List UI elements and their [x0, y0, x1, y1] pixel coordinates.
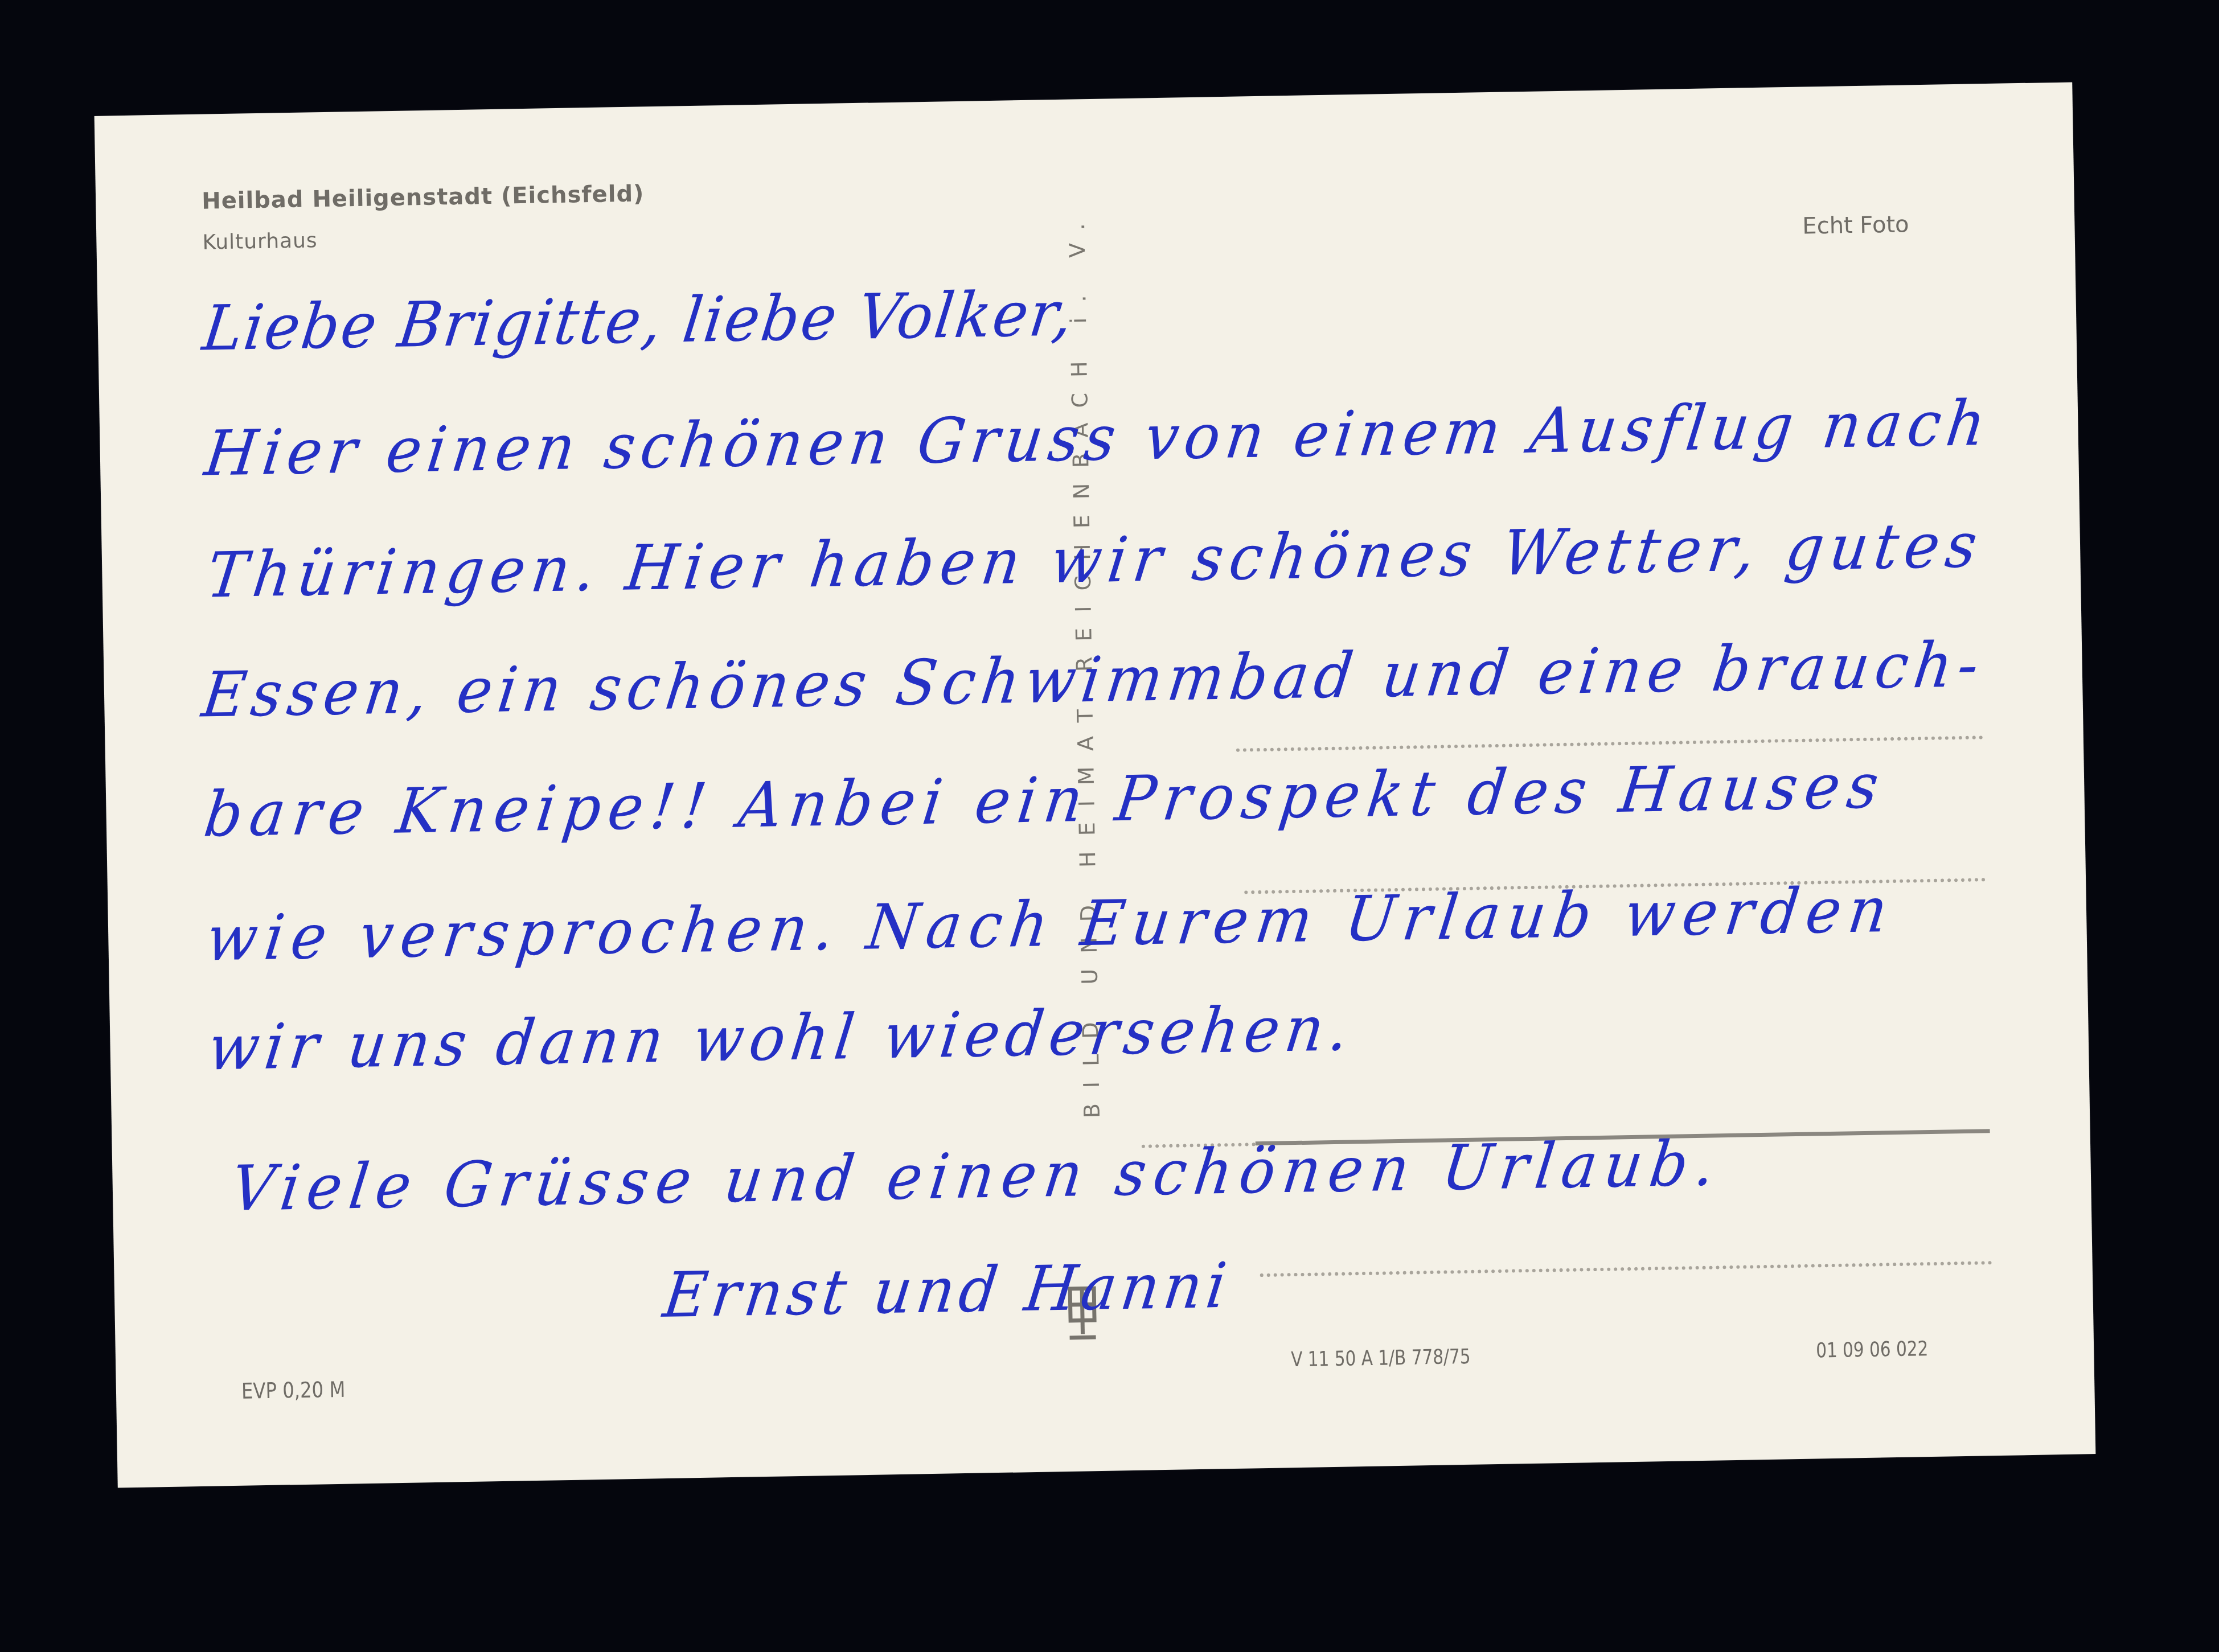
photo-label: Echt Foto	[1802, 211, 1909, 239]
price-label: EVP 0,20 M	[241, 1377, 346, 1404]
subject-caption: Kulturhaus	[202, 229, 318, 254]
license-number: V 11 50 A 1/B 778/75	[1291, 1345, 1471, 1371]
handwritten-signature: Ernst und Hanni	[659, 1249, 1234, 1332]
handwritten-line-7: wir uns dann wohl wiedersehen.	[204, 992, 1359, 1084]
handwritten-line-4: Essen, ein schönes Schwimmbad und eine b…	[198, 628, 1988, 732]
handwritten-line-5: bare Kneipe!! Anbei ein Prospekt des Hau…	[200, 749, 1890, 851]
handwritten-line-6: wie versprochen. Nach Eurem Urlaub werde…	[202, 873, 1898, 975]
article-number: 01 09 06 022	[1816, 1337, 1929, 1362]
handwritten-line-2: Hier einen schönen Gruss von einem Ausfl…	[201, 387, 1995, 490]
address-line-4	[1260, 1261, 1992, 1277]
handwritten-line-3: Thüringen. Hier haben wir schönes Wetter…	[203, 508, 1987, 612]
location-title: Heilbad Heiligenstadt (Eichsfeld)	[202, 180, 645, 214]
postcard-back: Heilbad Heiligenstadt (Eichsfeld) Kultur…	[95, 82, 2096, 1487]
handwritten-line-8: Viele Grüsse und einen schönen Urlaub.	[227, 1127, 1726, 1225]
handwritten-line-1: Liebe Brigitte, liebe Volker,	[199, 277, 1078, 365]
